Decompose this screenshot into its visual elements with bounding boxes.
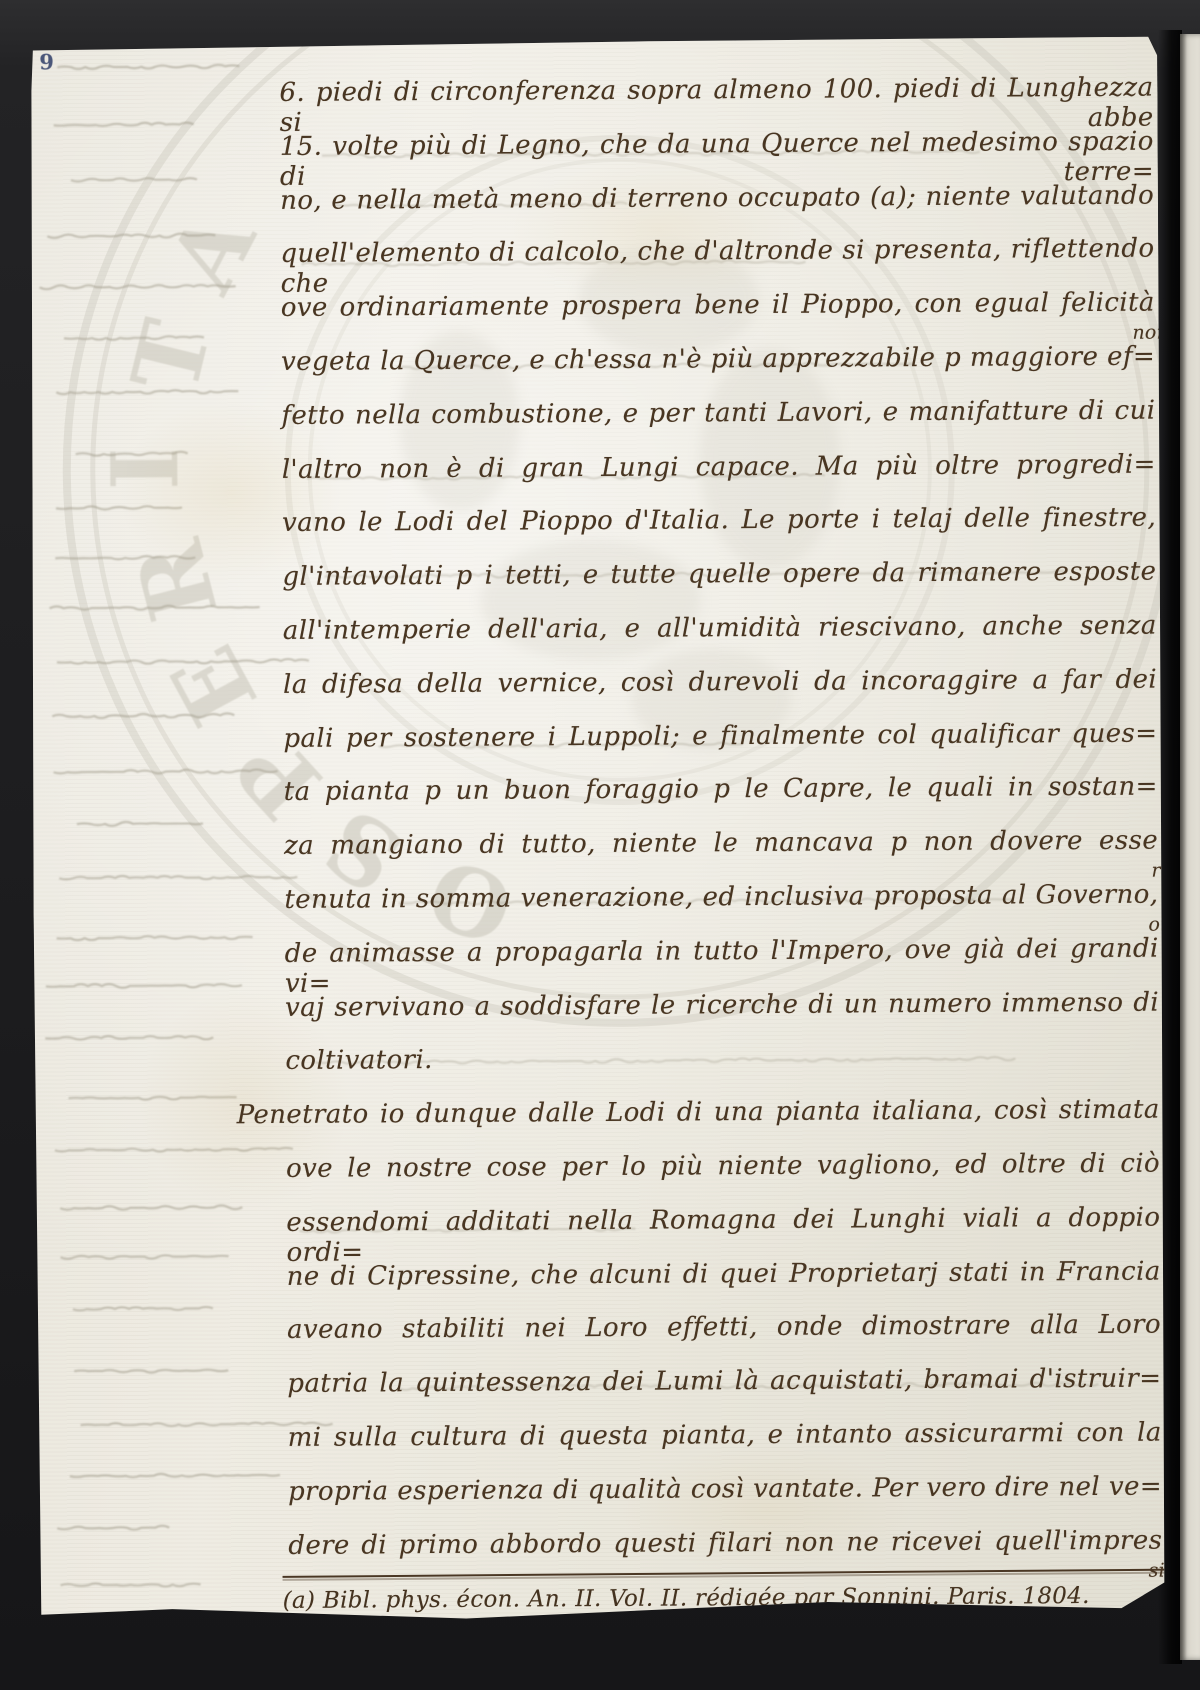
text-line: quell'elemento di calcolo, che d'altrond… — [280, 234, 1154, 279]
text-line-content: all'intemperie dell'aria, e all'umidità … — [283, 611, 1157, 646]
text-line: la difesa della vernice, così durevoli d… — [283, 664, 1157, 709]
manuscript-text: 6. piedi di circonferenza sopra almeno 1… — [27, 37, 1167, 1628]
text-line: vaj servivano a soddisfare le ricerche d… — [285, 987, 1159, 1032]
text-line-content: la difesa della vernice, così durevoli d… — [283, 664, 1157, 699]
text-line: vano le Lodi del Pioppo d'Italia. Le por… — [282, 503, 1156, 548]
text-line: all'intemperie dell'aria, e all'umidità … — [283, 611, 1157, 656]
text-line-content: ta pianta p un buon foraggio p le Capre,… — [284, 772, 1158, 807]
text-line-content: vegeta la Querce, e ch'essa n'è più appr… — [281, 342, 1155, 377]
text-line-content: dere di primo abbordo questi filari non … — [288, 1525, 1162, 1560]
text-line: ove le nostre cose per lo più niente vag… — [286, 1149, 1160, 1194]
text-line-content: fetto nella combustione, e per tanti Lav… — [281, 395, 1155, 430]
text-line-content: ove ordinariamente prospera bene il Piop… — [281, 288, 1155, 323]
text-line-content: no, e nella metà meno di terreno occupat… — [280, 180, 1154, 215]
text-line: dere di primo abbordo questi filari non … — [288, 1525, 1162, 1570]
text-line-content: za mangiano di tutto, niente le mancava … — [284, 826, 1158, 861]
text-line: de animasse a propagarla in tutto l'Impe… — [285, 933, 1159, 978]
text-line-content: propria esperienza di qualità così vanta… — [288, 1471, 1162, 1506]
text-line: essendomi additati nella Romagna dei Lun… — [286, 1202, 1160, 1247]
text-line-content: vano le Lodi del Pioppo d'Italia. Le por… — [282, 503, 1156, 538]
text-line: za mangiano di tutto, niente le mancava … — [284, 826, 1158, 871]
text-line-content: pali per sostenere i Luppoli; e finalmen… — [283, 718, 1157, 753]
text-line: fetto nella combustione, e per tanti Lav… — [281, 395, 1155, 440]
text-line: 6. piedi di circonferenza sopra almeno 1… — [279, 73, 1153, 118]
text-line-content: vaj servivano a soddisfare le ricerche d… — [285, 987, 1159, 1022]
text-line-content: coltivatori. — [285, 1045, 433, 1076]
text-line: ne di Cipressine, che alcuni di quei Pro… — [287, 1256, 1161, 1301]
next-page-edge — [1180, 34, 1200, 1660]
text-line: tenuta in somma venerazione, ed inclusiv… — [284, 880, 1158, 925]
text-line: propria esperienza di qualità così vanta… — [288, 1471, 1162, 1516]
text-line: l'altro non è di gran Lungi capace. Ma p… — [282, 449, 1156, 494]
text-line: Penetrato io dunque dalle Lodi di una pi… — [237, 1095, 1160, 1141]
text-line-content: mi sulla cultura di questa pianta, e int… — [288, 1418, 1162, 1453]
text-line: ta pianta p un buon foraggio p le Capre,… — [284, 772, 1158, 817]
text-line: coltivatori. — [285, 1045, 433, 1076]
text-line-content: Penetrato io dunque dalle Lodi di una pi… — [237, 1095, 1160, 1131]
text-line-content: gl'intavolati p i tetti, e tutte quelle … — [282, 557, 1156, 592]
text-line: no, e nella metà meno di terreno occupat… — [280, 180, 1154, 225]
manuscript-page: OSPERITA 9 6. piedi di circonferenza sop… — [27, 37, 1167, 1628]
text-line: patria la quintessenza dei Lumi là acqui… — [287, 1364, 1161, 1409]
text-line-content: patria la quintessenza dei Lumi là acqui… — [287, 1364, 1161, 1399]
text-line-content: ove le nostre cose per lo più niente vag… — [286, 1149, 1160, 1184]
text-line: gl'intavolati p i tetti, e tutte quelle … — [282, 557, 1156, 602]
text-line: pali per sostenere i Luppoli; e finalmen… — [283, 718, 1157, 763]
text-line-content: tenuta in somma venerazione, ed inclusiv… — [284, 880, 1158, 915]
text-line-content: l'altro non è di gran Lungi capace. Ma p… — [282, 449, 1156, 484]
footnote: (a) Bibl. phys. écon. An. II. Vol. II. r… — [283, 1583, 1090, 1614]
text-line: vegeta la Querce, e ch'essa n'è più appr… — [281, 342, 1155, 387]
scan-background: OSPERITA 9 6. piedi di circonferenza sop… — [0, 0, 1200, 1690]
text-line-content: ne di Cipressine, che alcuni di quei Pro… — [287, 1256, 1161, 1291]
text-line: aveano stabiliti nei Loro effetti, onde … — [287, 1310, 1161, 1355]
text-line: ove ordinariamente prospera bene il Piop… — [281, 288, 1155, 333]
text-line-content: aveano stabiliti nei Loro effetti, onde … — [287, 1310, 1161, 1345]
text-line: 15. volte più di Legno, che da una Querc… — [280, 126, 1154, 171]
text-line: mi sulla cultura di questa pianta, e int… — [288, 1418, 1162, 1463]
